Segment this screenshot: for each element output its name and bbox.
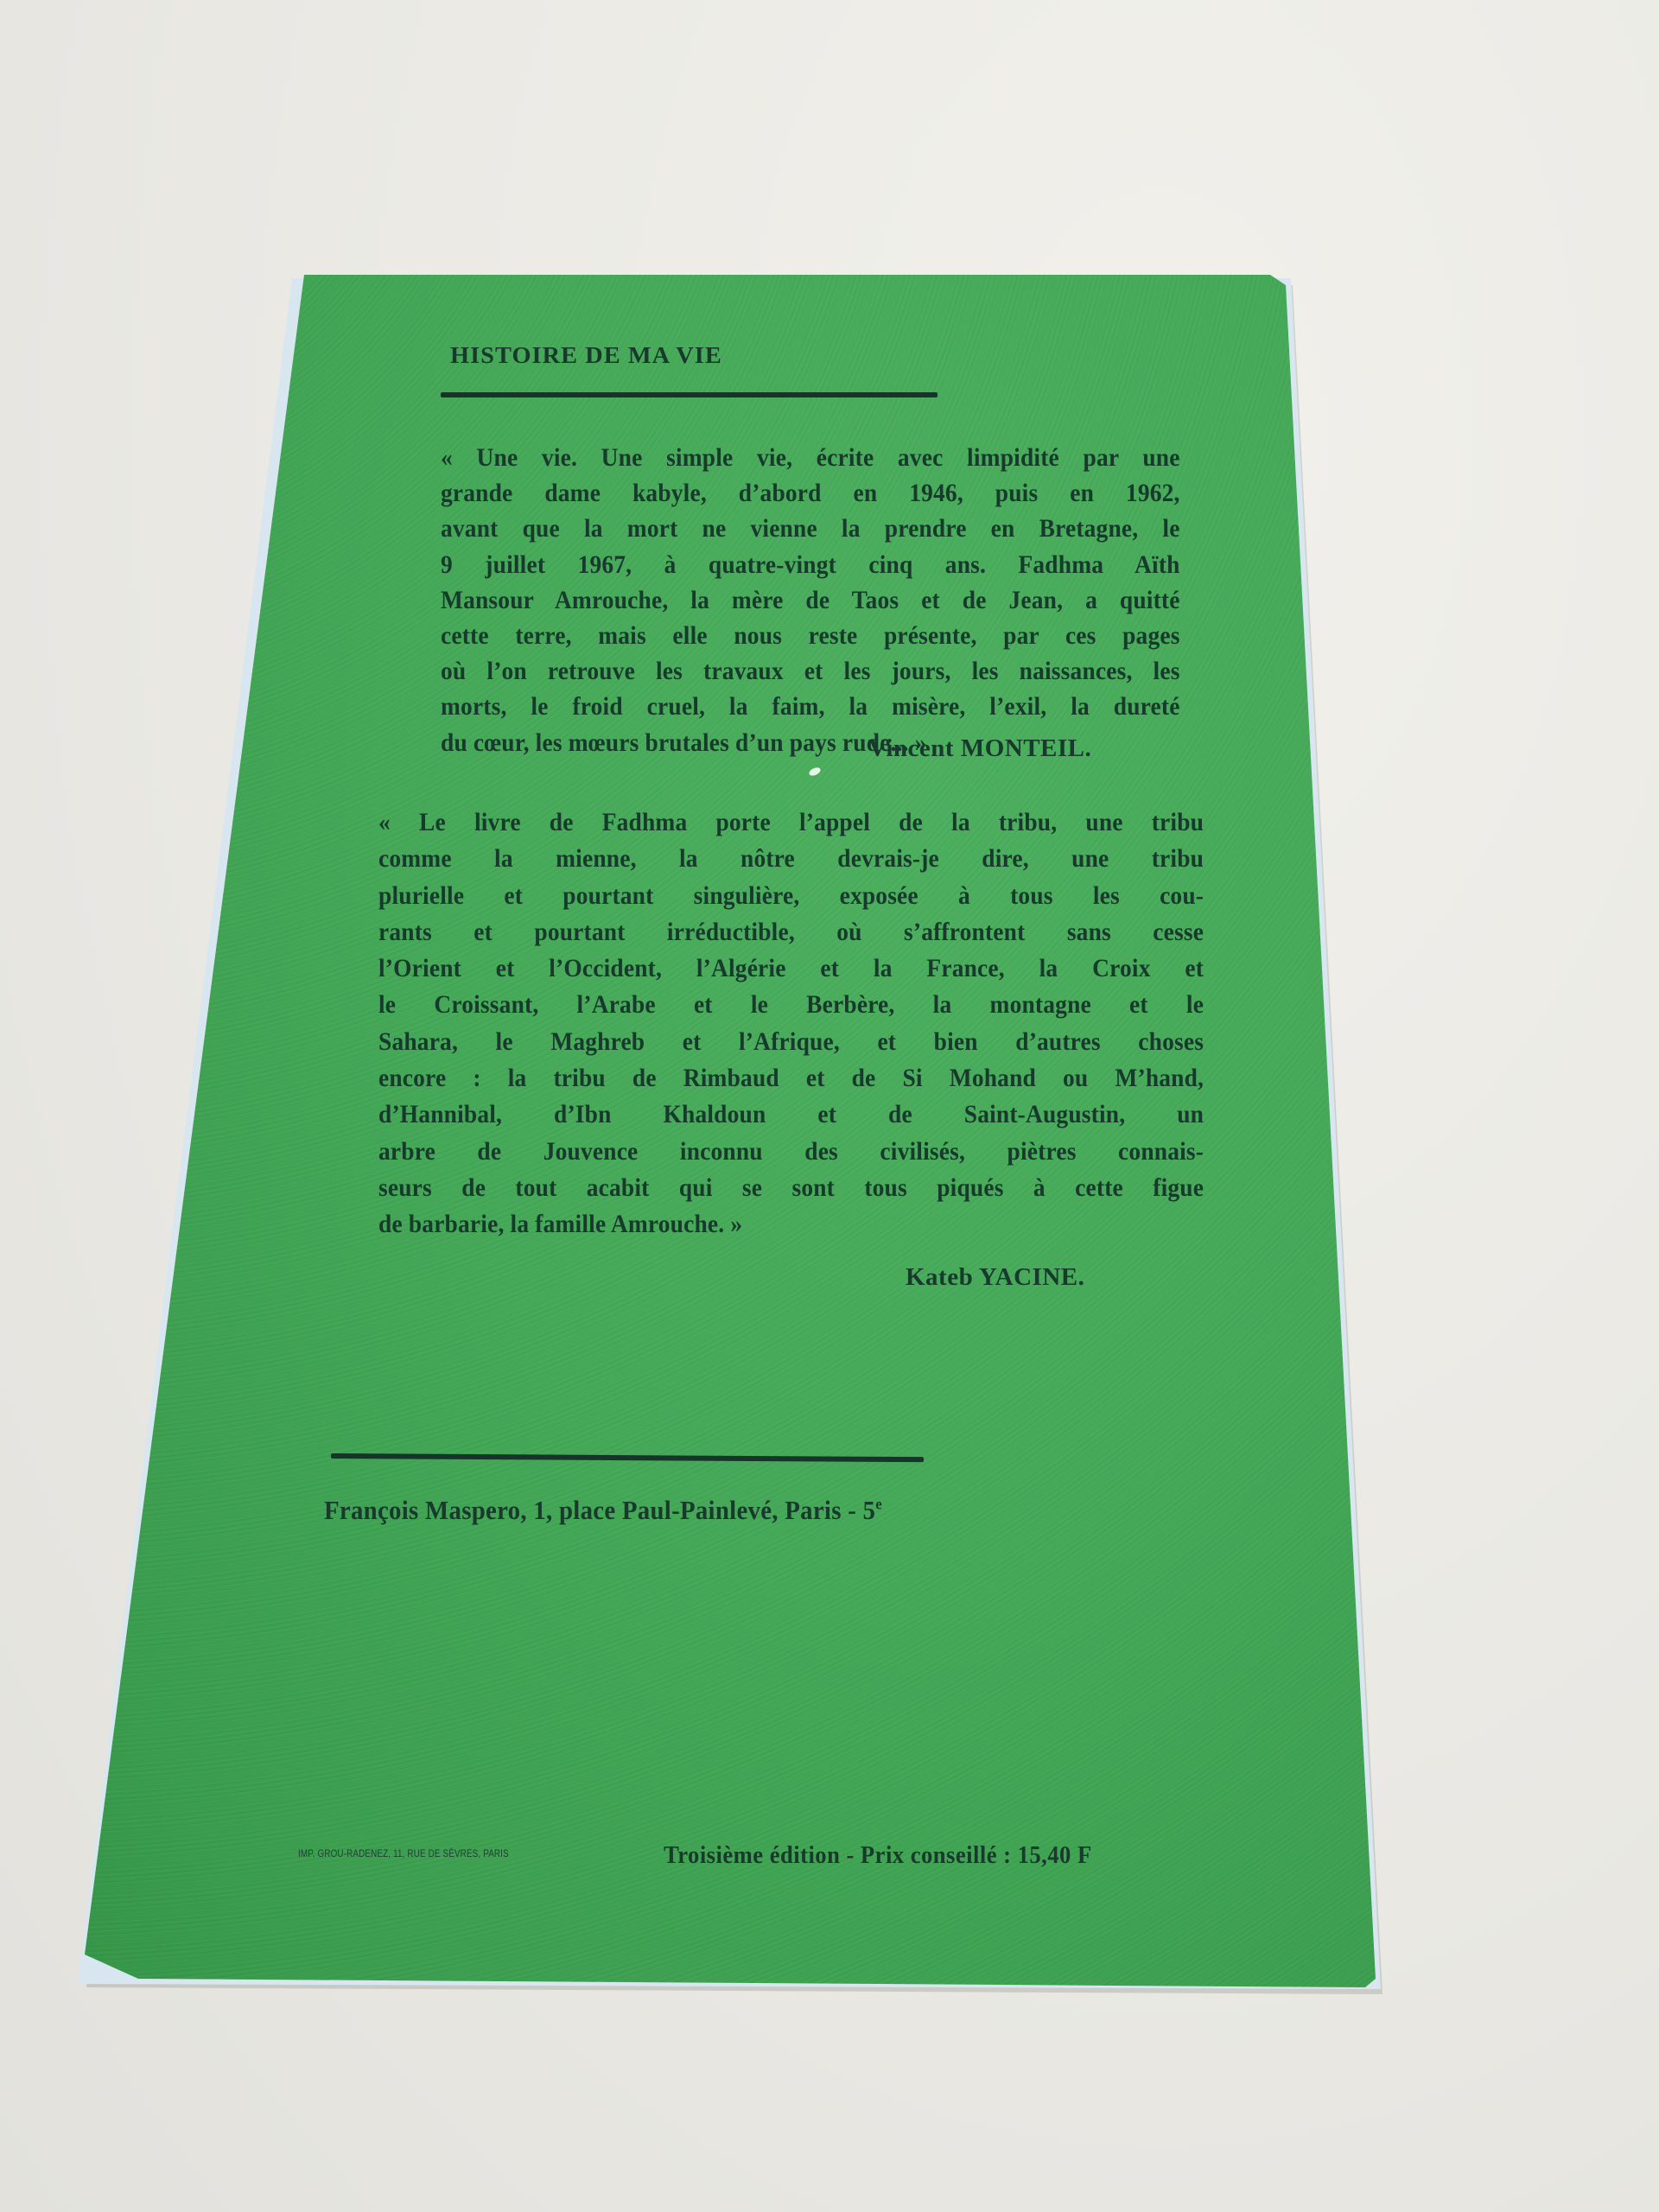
quote-line: cette terre, mais elle nous reste présen…	[441, 619, 1180, 654]
quote-yacine: « Le livre de Fadhma porte l’appel de la…	[378, 804, 1204, 1243]
quote-author-yacine: Kateb YACINE.	[906, 1263, 1084, 1292]
quote-line: seurs de tout acabit qui se sont tous pi…	[378, 1170, 1204, 1206]
quote-author-monteil: Vincent MONTEIL.	[868, 734, 1091, 763]
quote-line: de barbarie, la famille Amrouche. »	[378, 1206, 1204, 1243]
edition-price: Troisième édition - Prix conseillé : 15,…	[664, 1842, 1092, 1870]
printer-imprint: IMP. GROU-RADENEZ, 11, RUE DE SÈVRES, PA…	[298, 1847, 509, 1859]
quote-line: « Le livre de Fadhma porte l’appel de la…	[378, 804, 1204, 841]
cover-text: HISTOIRE DE MA VIE « Une vie. Une simple…	[0, 0, 1659, 2212]
title-divider	[441, 392, 938, 397]
quote-line: 9 juillet 1967, à quatre-vingt cinq ans.…	[441, 548, 1180, 583]
arrondissement-superscript: e	[875, 1496, 882, 1513]
quote-line: le Croissant, l’Arabe et le Berbère, la …	[378, 987, 1204, 1023]
quote-line: grande dame kabyle, d’abord en 1946, pui…	[441, 476, 1180, 512]
book-title: HISTOIRE DE MA VIE	[450, 342, 722, 369]
quote-line: Mansour Amrouche, la mère de Taos et de …	[441, 583, 1180, 619]
quote-line: où l’on retrouve les travaux et les jour…	[441, 654, 1180, 690]
publisher-divider	[331, 1453, 924, 1462]
publisher-text: François Maspero, 1, place Paul-Painlevé…	[324, 1495, 875, 1525]
quote-line: rants et pourtant irréductible, où s’aff…	[378, 914, 1204, 950]
quote-line: plurielle et pourtant singulière, exposé…	[378, 878, 1204, 914]
quote-line: Sahara, le Maghreb et l’Afrique, et bien…	[378, 1024, 1204, 1060]
publisher-address: François Maspero, 1, place Paul-Painlevé…	[324, 1495, 882, 1526]
quote-line: avant que la mort ne vienne la prendre e…	[441, 512, 1180, 547]
quote-line: l’Orient et l’Occident, l’Algérie et la …	[378, 950, 1204, 987]
quote-monteil: « Une vie. Une simple vie, écrite avec l…	[441, 441, 1180, 761]
quote-line: arbre de Jouvence inconnu des civilisés,…	[378, 1134, 1204, 1170]
quote-line: encore : la tribu de Rimbaud et de Si Mo…	[378, 1060, 1204, 1096]
quote-line: comme la mienne, la nôtre devrais-je dir…	[378, 841, 1204, 877]
quote-line: d’Hannibal, d’Ibn Khaldoun et de Saint-A…	[378, 1096, 1204, 1133]
quote-line: morts, le froid cruel, la faim, la misèr…	[441, 690, 1180, 725]
quote-line: « Une vie. Une simple vie, écrite avec l…	[441, 441, 1180, 476]
